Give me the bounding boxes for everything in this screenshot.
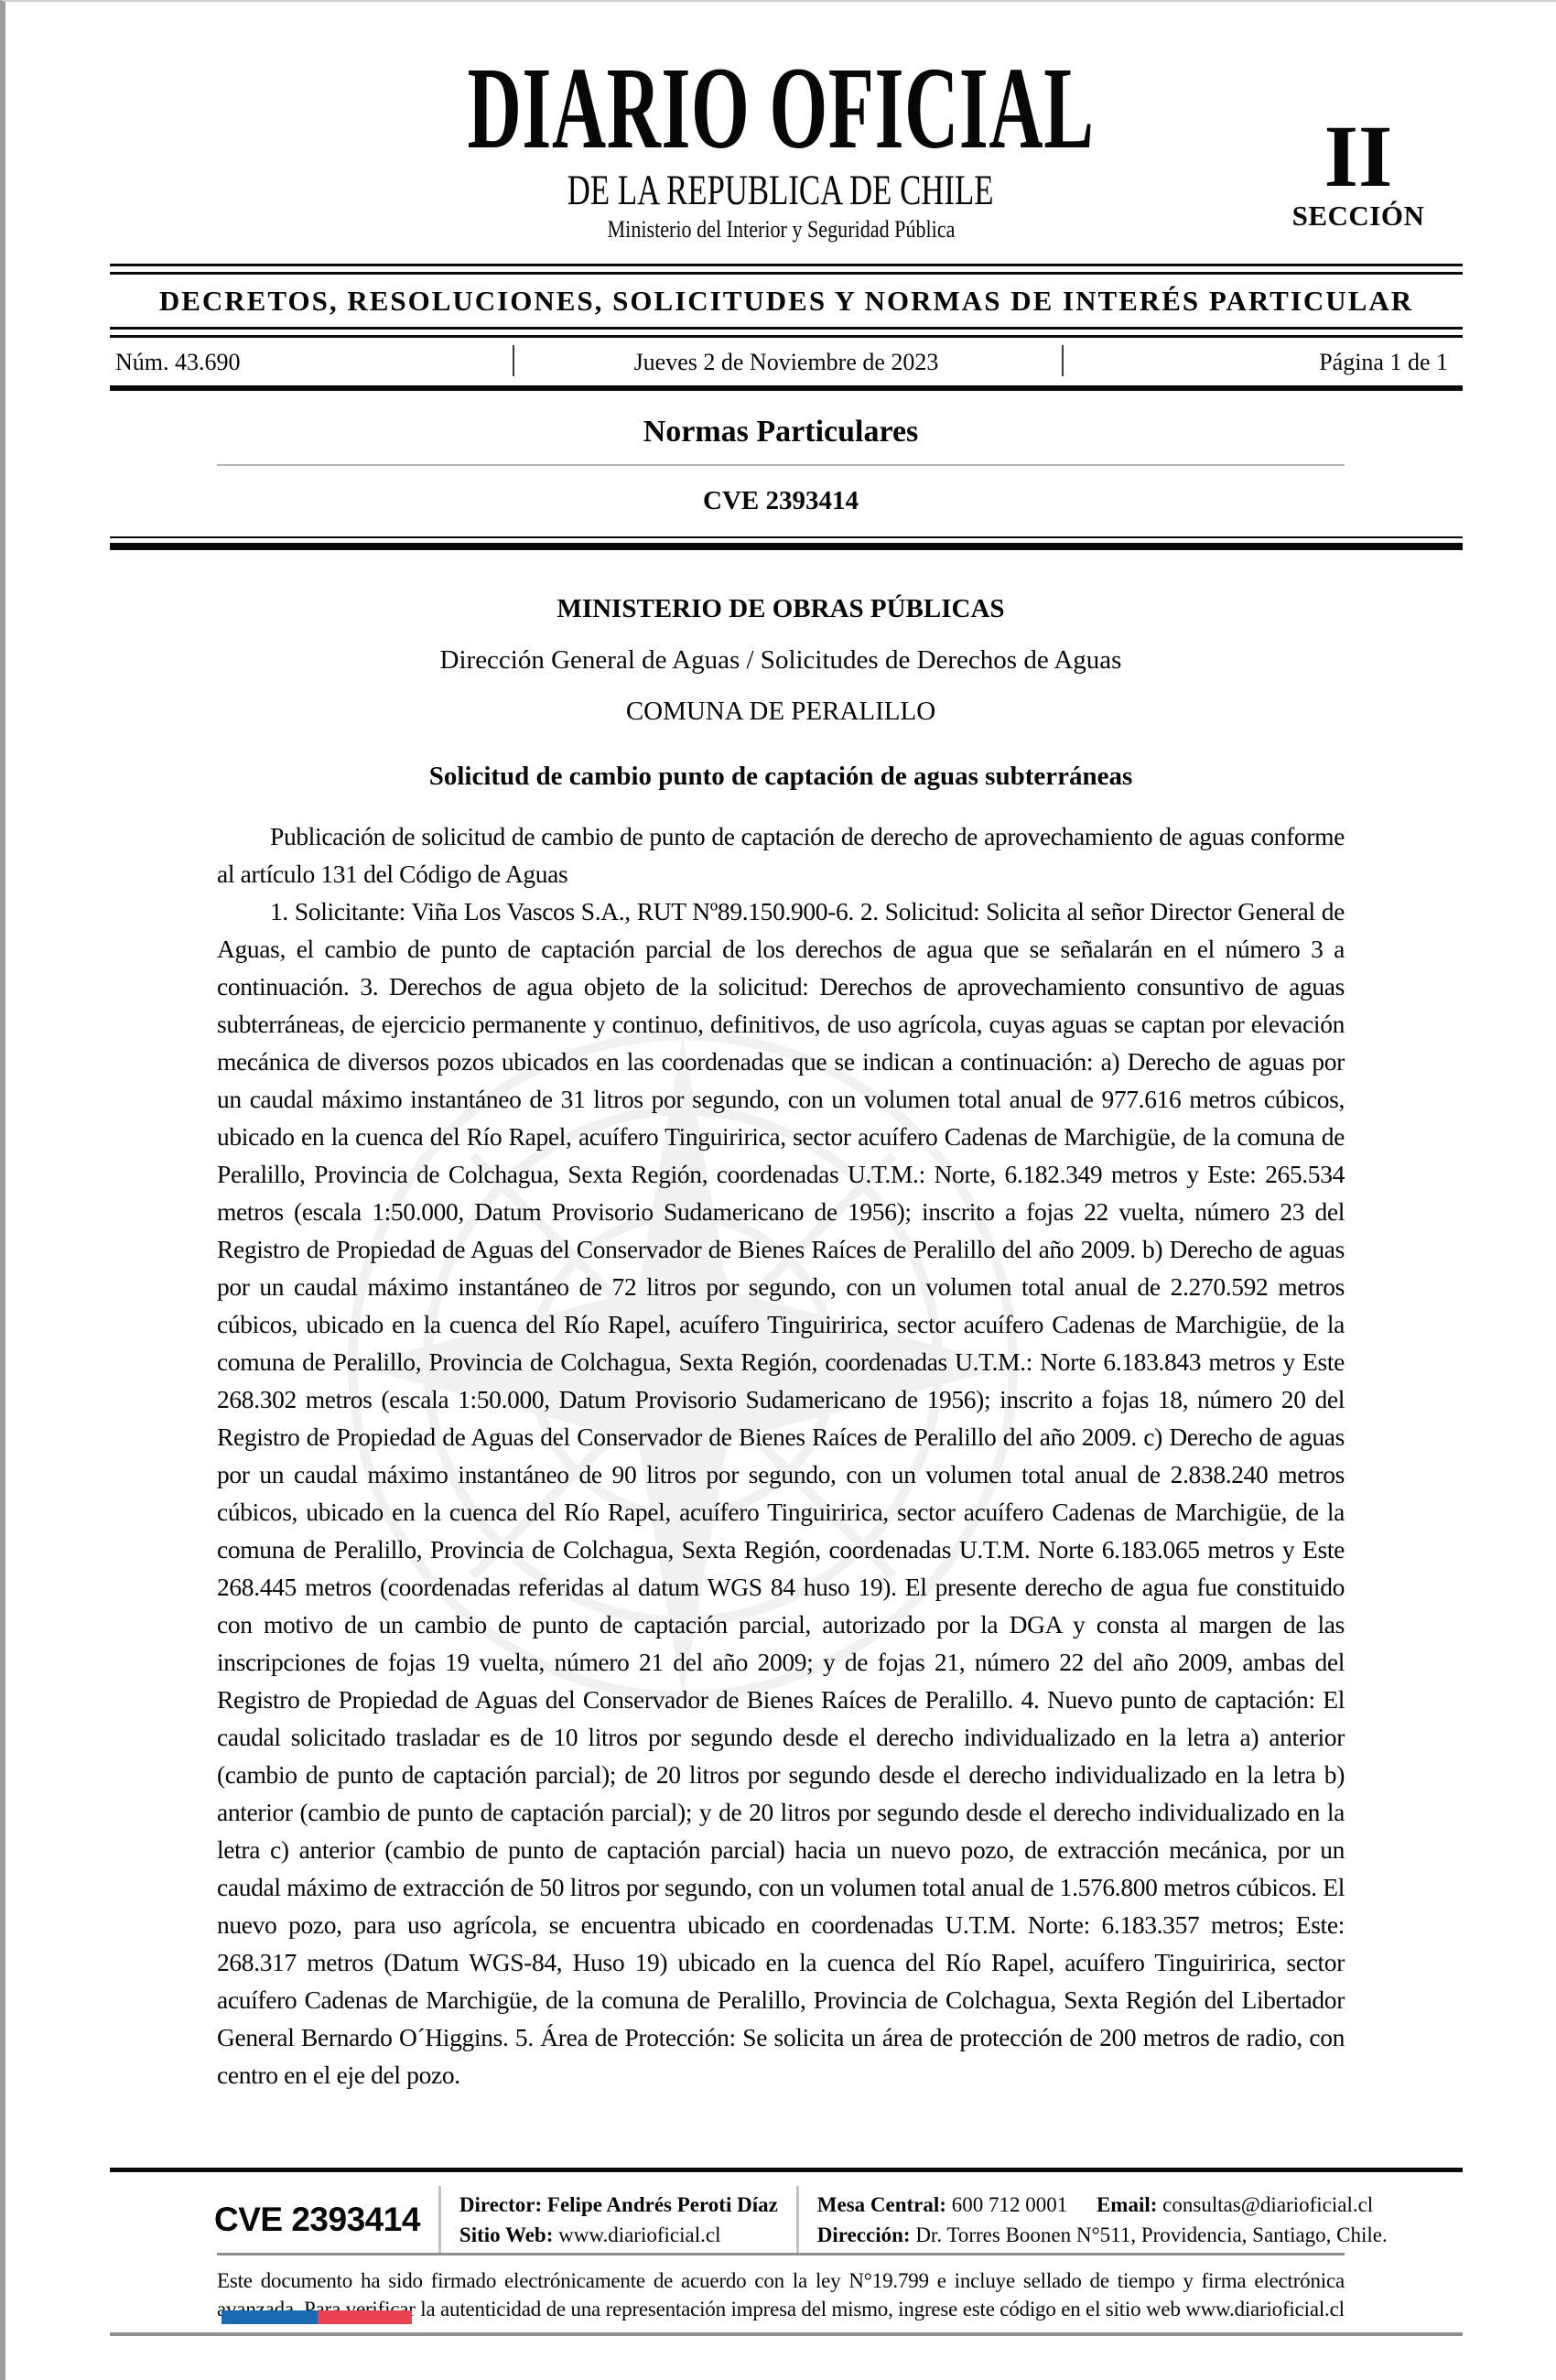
address-label: Dirección: — [817, 2223, 911, 2246]
email-label: Email: — [1097, 2193, 1157, 2216]
footer-top-rule — [110, 2168, 1463, 2172]
masthead-ministry: Ministerio del Interior y Seguridad Públ… — [607, 217, 955, 243]
page-footer: CVE 2393414 Director: Felipe Andrés Pero… — [5, 2168, 1556, 2336]
director-label: Director: — [459, 2193, 542, 2216]
section-label: SECCIÓN — [1285, 200, 1432, 233]
email-address: consultas@diarioficial.cl — [1162, 2193, 1373, 2216]
section-number: II — [1285, 119, 1432, 194]
cve-heading: CVE 2393414 — [5, 486, 1556, 516]
article-commune: COMUNA DE PERALILLO — [5, 697, 1556, 727]
masthead-subtitle: DE LA REPUBLICA DE CHILE — [567, 168, 994, 213]
flag-red-bar — [318, 2310, 412, 2324]
double-rule-bottom — [110, 327, 1463, 338]
footer-info-row: CVE 2393414 Director: Felipe Andrés Pero… — [214, 2187, 1556, 2253]
cve-rule-group — [110, 536, 1463, 550]
footer-gray-rule — [217, 2253, 1345, 2256]
flag-blue-bar — [222, 2310, 318, 2324]
phone-label: Mesa Central: — [817, 2193, 946, 2216]
address-value: Dr. Torres Boonen N°511, Providencia, Sa… — [915, 2223, 1387, 2246]
thick-rule — [110, 385, 1463, 391]
website-url: www.diarioficial.cl — [558, 2223, 720, 2246]
cve-rule-thin — [110, 536, 1463, 538]
footer-cve: CVE 2393414 — [214, 2201, 420, 2239]
article-subheading: Dirección General de Aguas / Solicitudes… — [5, 645, 1556, 676]
article-paragraph: 1. Solicitante: Viña Los Vascos S.A., RU… — [217, 892, 1345, 2093]
section-block: II SECCIÓN — [1285, 119, 1432, 233]
footer-separator — [438, 2186, 441, 2254]
footer-contact-block: Mesa Central: 600 712 0001 Email: consul… — [817, 2190, 1388, 2250]
article-body: Publicación de solicitud de cambio de pu… — [217, 817, 1345, 2093]
masthead-title: DIARIO OFICIAL — [468, 49, 1095, 167]
footer-director-block: Director: Felipe Andrés Peroti Díaz Siti… — [459, 2190, 778, 2250]
article-title: Solicitud de cambio punto de captación d… — [5, 762, 1556, 792]
director-name: Felipe Andrés Peroti Díaz — [547, 2193, 778, 2216]
normas-underline — [217, 464, 1345, 466]
article-ministry-heading: MINISTERIO DE OBRAS PÚBLICAS — [5, 594, 1556, 624]
meta-row: Núm. 43.690 Jueves 2 de Noviembre de 202… — [110, 338, 1463, 385]
bottom-gray-rule — [110, 2332, 1463, 2336]
chile-flag-mark — [222, 2310, 412, 2324]
footer-separator — [796, 2186, 799, 2254]
cve-rule-thick — [110, 543, 1463, 550]
double-rule-top — [110, 264, 1463, 275]
band-title: DECRETOS, RESOLUCIONES, SOLICITUDES Y NO… — [110, 275, 1463, 327]
issue-date: Jueves 2 de Noviembre de 2023 — [110, 349, 1463, 376]
article-paragraph: Publicación de solicitud de cambio de pu… — [217, 817, 1345, 892]
gazette-page: DIARIO OFICIAL DE LA REPUBLICA DE CHILE … — [0, 0, 1556, 2380]
normas-heading: Normas Particulares — [5, 415, 1556, 449]
phone-number: 600 712 0001 — [952, 2193, 1068, 2216]
website-label: Sitio Web: — [459, 2223, 553, 2246]
page-indicator: Página 1 de 1 — [1319, 349, 1448, 376]
meta-separator-bar — [1062, 345, 1064, 376]
